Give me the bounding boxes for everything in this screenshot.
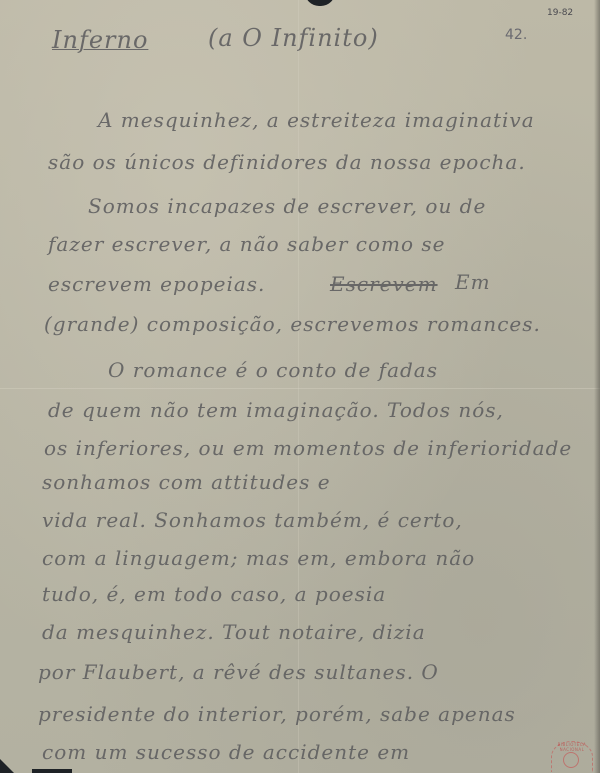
- document-title: Inferno: [52, 26, 148, 54]
- manuscript-line: de quem não tem imaginação. Todos nós,: [48, 398, 504, 422]
- manuscript-line: A mesquinhez, a estreiteza imaginativa: [98, 108, 535, 132]
- continued-word: Em: [455, 270, 491, 294]
- manuscript-line: escrevem epopeias.: [48, 272, 265, 296]
- manuscript-line: com a linguagem; mas em, embora não: [42, 546, 475, 570]
- manuscript-line: com um sucesso de accidente em: [42, 740, 410, 764]
- manuscript-line: O romance é o conto de fadas: [108, 358, 438, 382]
- scanner-corner: [0, 759, 14, 773]
- manuscript-line: fazer escrever, a não saber como se: [48, 232, 445, 256]
- scanner-clip: [305, 0, 335, 6]
- manuscript-line: tudo, é, em todo caso, a poesia: [42, 582, 386, 606]
- struck-word: Escrevem: [330, 272, 438, 296]
- manuscript-line: são os únicos definidores da nossa epoch…: [48, 150, 526, 174]
- manuscript-line: por Flaubert, a rêvé des sultanes. O: [38, 660, 439, 684]
- manuscript-line: (grande) composição, escrevemos romances…: [44, 312, 541, 336]
- manuscript-line: os inferiores, ou em momentos de inferio…: [44, 436, 572, 460]
- library-stamp-emblem: [563, 752, 579, 768]
- manuscript-line: vida real. Sonhamos também, é certo,: [42, 508, 463, 532]
- library-stamp-text: BIBLIOTECA NACIONAL: [547, 742, 597, 752]
- page-number: 42.: [505, 27, 527, 43]
- manuscript-line: da mesquinhez. Tout notaire, dizia: [42, 620, 426, 644]
- archive-number: 19-82: [547, 8, 573, 18]
- manuscript-page: 19-82 42. Inferno (a O Infinito) A mesqu…: [0, 0, 600, 773]
- manuscript-line: sonhamos com attitudes e: [42, 470, 331, 494]
- manuscript-line: presidente do interior, porém, sabe apen…: [38, 702, 516, 726]
- horizontal-fold-line: [0, 388, 600, 389]
- scanner-edge: [32, 769, 72, 773]
- manuscript-line: Somos incapazes de escrever, ou de: [88, 194, 486, 218]
- page-edge-shadow: [594, 0, 600, 773]
- title-note: (a O Infinito): [208, 24, 379, 52]
